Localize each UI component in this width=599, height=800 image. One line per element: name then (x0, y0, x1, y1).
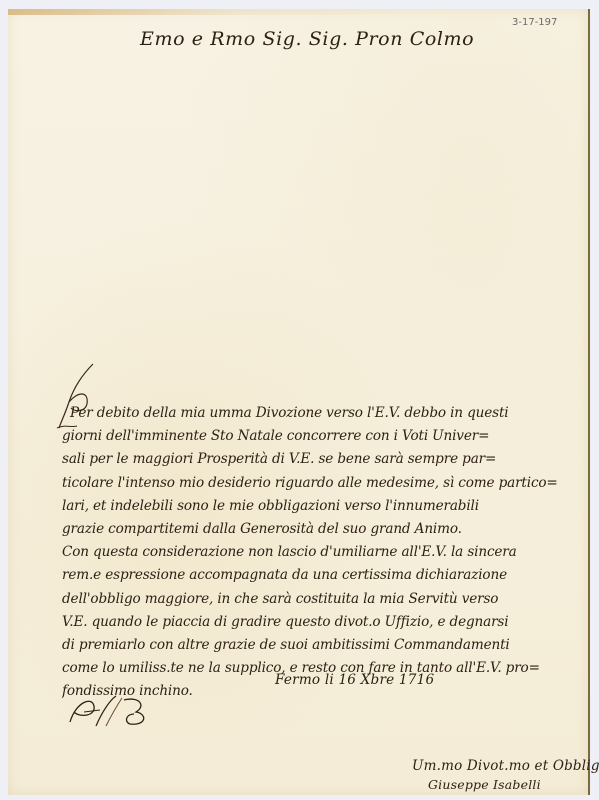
body-line: ticolare l'intenso mio desiderio riguard… (62, 472, 592, 495)
monogram-flourish-icon (66, 692, 154, 728)
body-line: rem.e espressione accompagnata da una ce… (62, 564, 592, 587)
body-line: lari, et indelebili sono le mie obbligaz… (62, 495, 592, 518)
body-line: Con questa considerazione non lascio d'u… (62, 541, 592, 564)
body-line: grazie compartitemi dalla Generosità del… (62, 518, 592, 541)
archive-number: 3-17-197 (512, 17, 557, 28)
body-line: di premiarlo con altre grazie de suoi am… (62, 634, 592, 657)
place-and-date: Fermo li 16 Xbre 1716 (275, 672, 434, 688)
body-line: Per debito della mia umma Divozione vers… (62, 402, 592, 425)
letter-body: Per debito della mia umma Divozione vers… (62, 402, 592, 703)
body-line: giorni dell'imminente Sto Natale concorr… (62, 425, 592, 448)
signature: Giuseppe Isabelli (428, 777, 541, 792)
closing-formula: Um.mo Divot.mo et Obblig.mo Ser.re (412, 758, 599, 774)
salutation: Emo e Rmo Sig. Sig. Pron Colmo (140, 28, 474, 50)
body-line: dell'obbligo maggiore, in che sarà costi… (62, 588, 592, 611)
body-line: sali per le maggiori Prosperità di V.E. … (62, 448, 592, 471)
body-line: V.E. quando le piaccia di gradire questo… (62, 611, 592, 634)
document-scan: 3-17-197 Emo e Rmo Sig. Sig. Pron Colmo … (0, 0, 599, 800)
